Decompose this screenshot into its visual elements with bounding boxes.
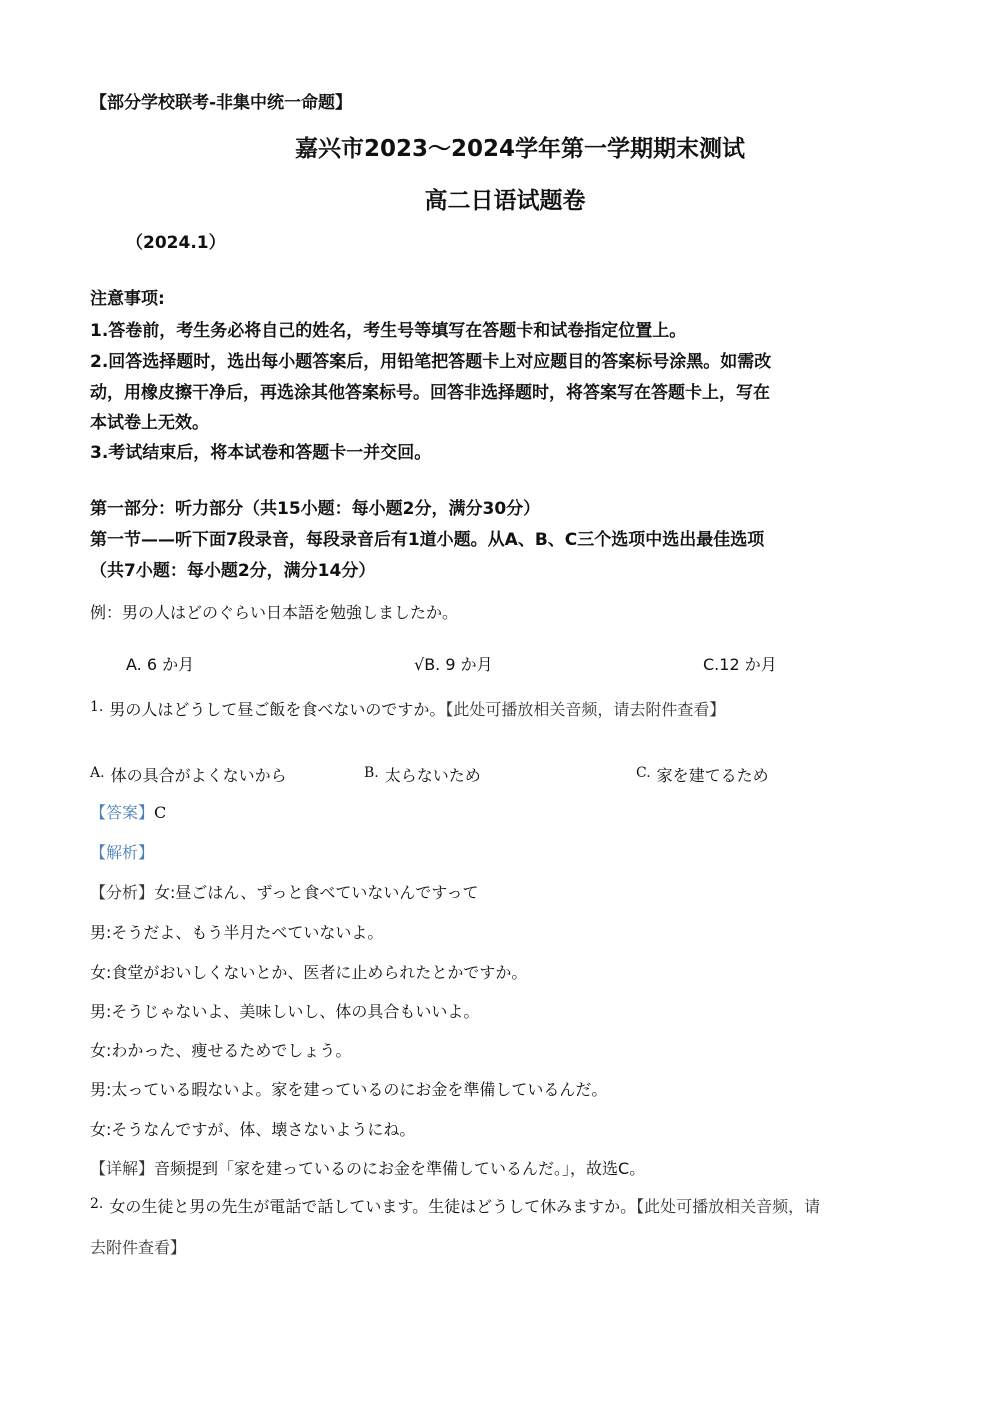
part1-heading: 第一部分：听力部分（共15小题：每小题2分，满分30分） (90, 494, 540, 519)
dialogue-line-7: 女:そうなんですが、体、壊さないようにね。 (90, 1117, 415, 1140)
q1-answer: 【答案】C (90, 800, 166, 823)
audio-note: 【此处可播放相关音频，请 (636, 1197, 820, 1216)
answer-value: C (154, 803, 166, 822)
question-text: 女の生徒と男の先生が電話で話しています。生徒はどうして休みますか。 (109, 1197, 636, 1216)
question-text: 男の人はどうして昼ご飯を食べないのですか。 (109, 700, 445, 719)
dialogue-line-1: 【分析】女:昼ごはん、ずっと食べていないんですって (90, 880, 478, 903)
notice-item-2-cont: 动，用橡皮擦干净后，再选涂其他答案标号。回答非选择题时，将答案写在答题卡上，写在 (90, 378, 770, 403)
notice-item-2: 2.回答选择题时，选出每小题答案后，用铅笔把答题卡上对应题目的答案标号涂黑。如需… (90, 347, 771, 372)
dialogue-line-6: 男:太っている暇ないよ。家を建っているのにお金を準備しているんだ。 (90, 1077, 607, 1100)
question-2: 2.女の生徒と男の先生が電話で話しています。生徒はどうして休みますか。【此处可播… (90, 1194, 820, 1217)
q1-detail: 【详解】音频提到「家を建っているのにお金を準備しているんだ。」，故选C。 (90, 1156, 645, 1179)
audio-note: 【此处可播放相关音频，请去附件查看】 (445, 700, 725, 719)
answer-label: 【答案】 (90, 803, 154, 822)
dialogue-line-2: 男:そうだよ、もう半月たべていないよ。 (90, 920, 383, 943)
notice-heading: 注意事项: (90, 284, 165, 309)
example-option-c: C.12 か月 (703, 652, 777, 675)
example-option-b-correct: √B. 9 か月 (414, 652, 493, 675)
section1-instructions-cont: （共7小题：每小题2分，满分14分） (90, 556, 375, 581)
question-1: 1.男の人はどうして昼ご飯を食べないのですか。【此处可播放相关音频，请去附件查看… (90, 697, 725, 720)
analysis-label: 【解析】 (90, 840, 154, 863)
notice-item-2-end: 本试卷上无效。 (90, 408, 209, 433)
notice-item-3: 3.考试结束后，将本试卷和答题卡一并交回。 (90, 438, 431, 463)
dialogue-line-4: 男:そうじゃないよ、美味しいし、体の具合もいいよ。 (90, 999, 479, 1022)
q1-option-c: C.家を建てるため (636, 763, 769, 786)
exam-title: 嘉兴市2023～2024学年第一学期期末测试 (0, 130, 1000, 163)
audio-note-cont: 去附件查看】 (90, 1235, 186, 1258)
question-number: 1. (90, 699, 103, 715)
fenxi-label: 【分析】 (90, 883, 154, 902)
q1-option-b: B.太らないため (364, 763, 481, 786)
notice-item-1: 1.答卷前，考生务必将自己的姓名，考生号等填写在答题卡和试卷指定位置上。 (90, 316, 686, 341)
example-option-a: A. 6 か月 (126, 652, 194, 675)
question-number: 2. (90, 1196, 103, 1212)
detail-label: 【详解】 (90, 1159, 154, 1178)
exam-date: （2024.1） (126, 228, 226, 253)
example-question: 例：男の人はどのぐらい日本語を勉強しましたか。 (90, 600, 458, 623)
exam-subtitle: 高二日语试题卷 (0, 182, 1000, 215)
q1-option-a: A.体の具合がよくないから (90, 763, 287, 786)
dialogue-line-5: 女:わかった、痩せるためでしょう。 (90, 1038, 351, 1061)
section1-instructions: 第一节——听下面7段录音，每段录音后有1道小题。从A、B、C三个选项中选出最佳选… (90, 525, 764, 550)
dialogue-line-3: 女:食堂がおいしくないとか、医者に止められたとかですか。 (90, 960, 527, 983)
exam-tag: 【部分学校联考-非集中统一命题】 (90, 88, 352, 113)
